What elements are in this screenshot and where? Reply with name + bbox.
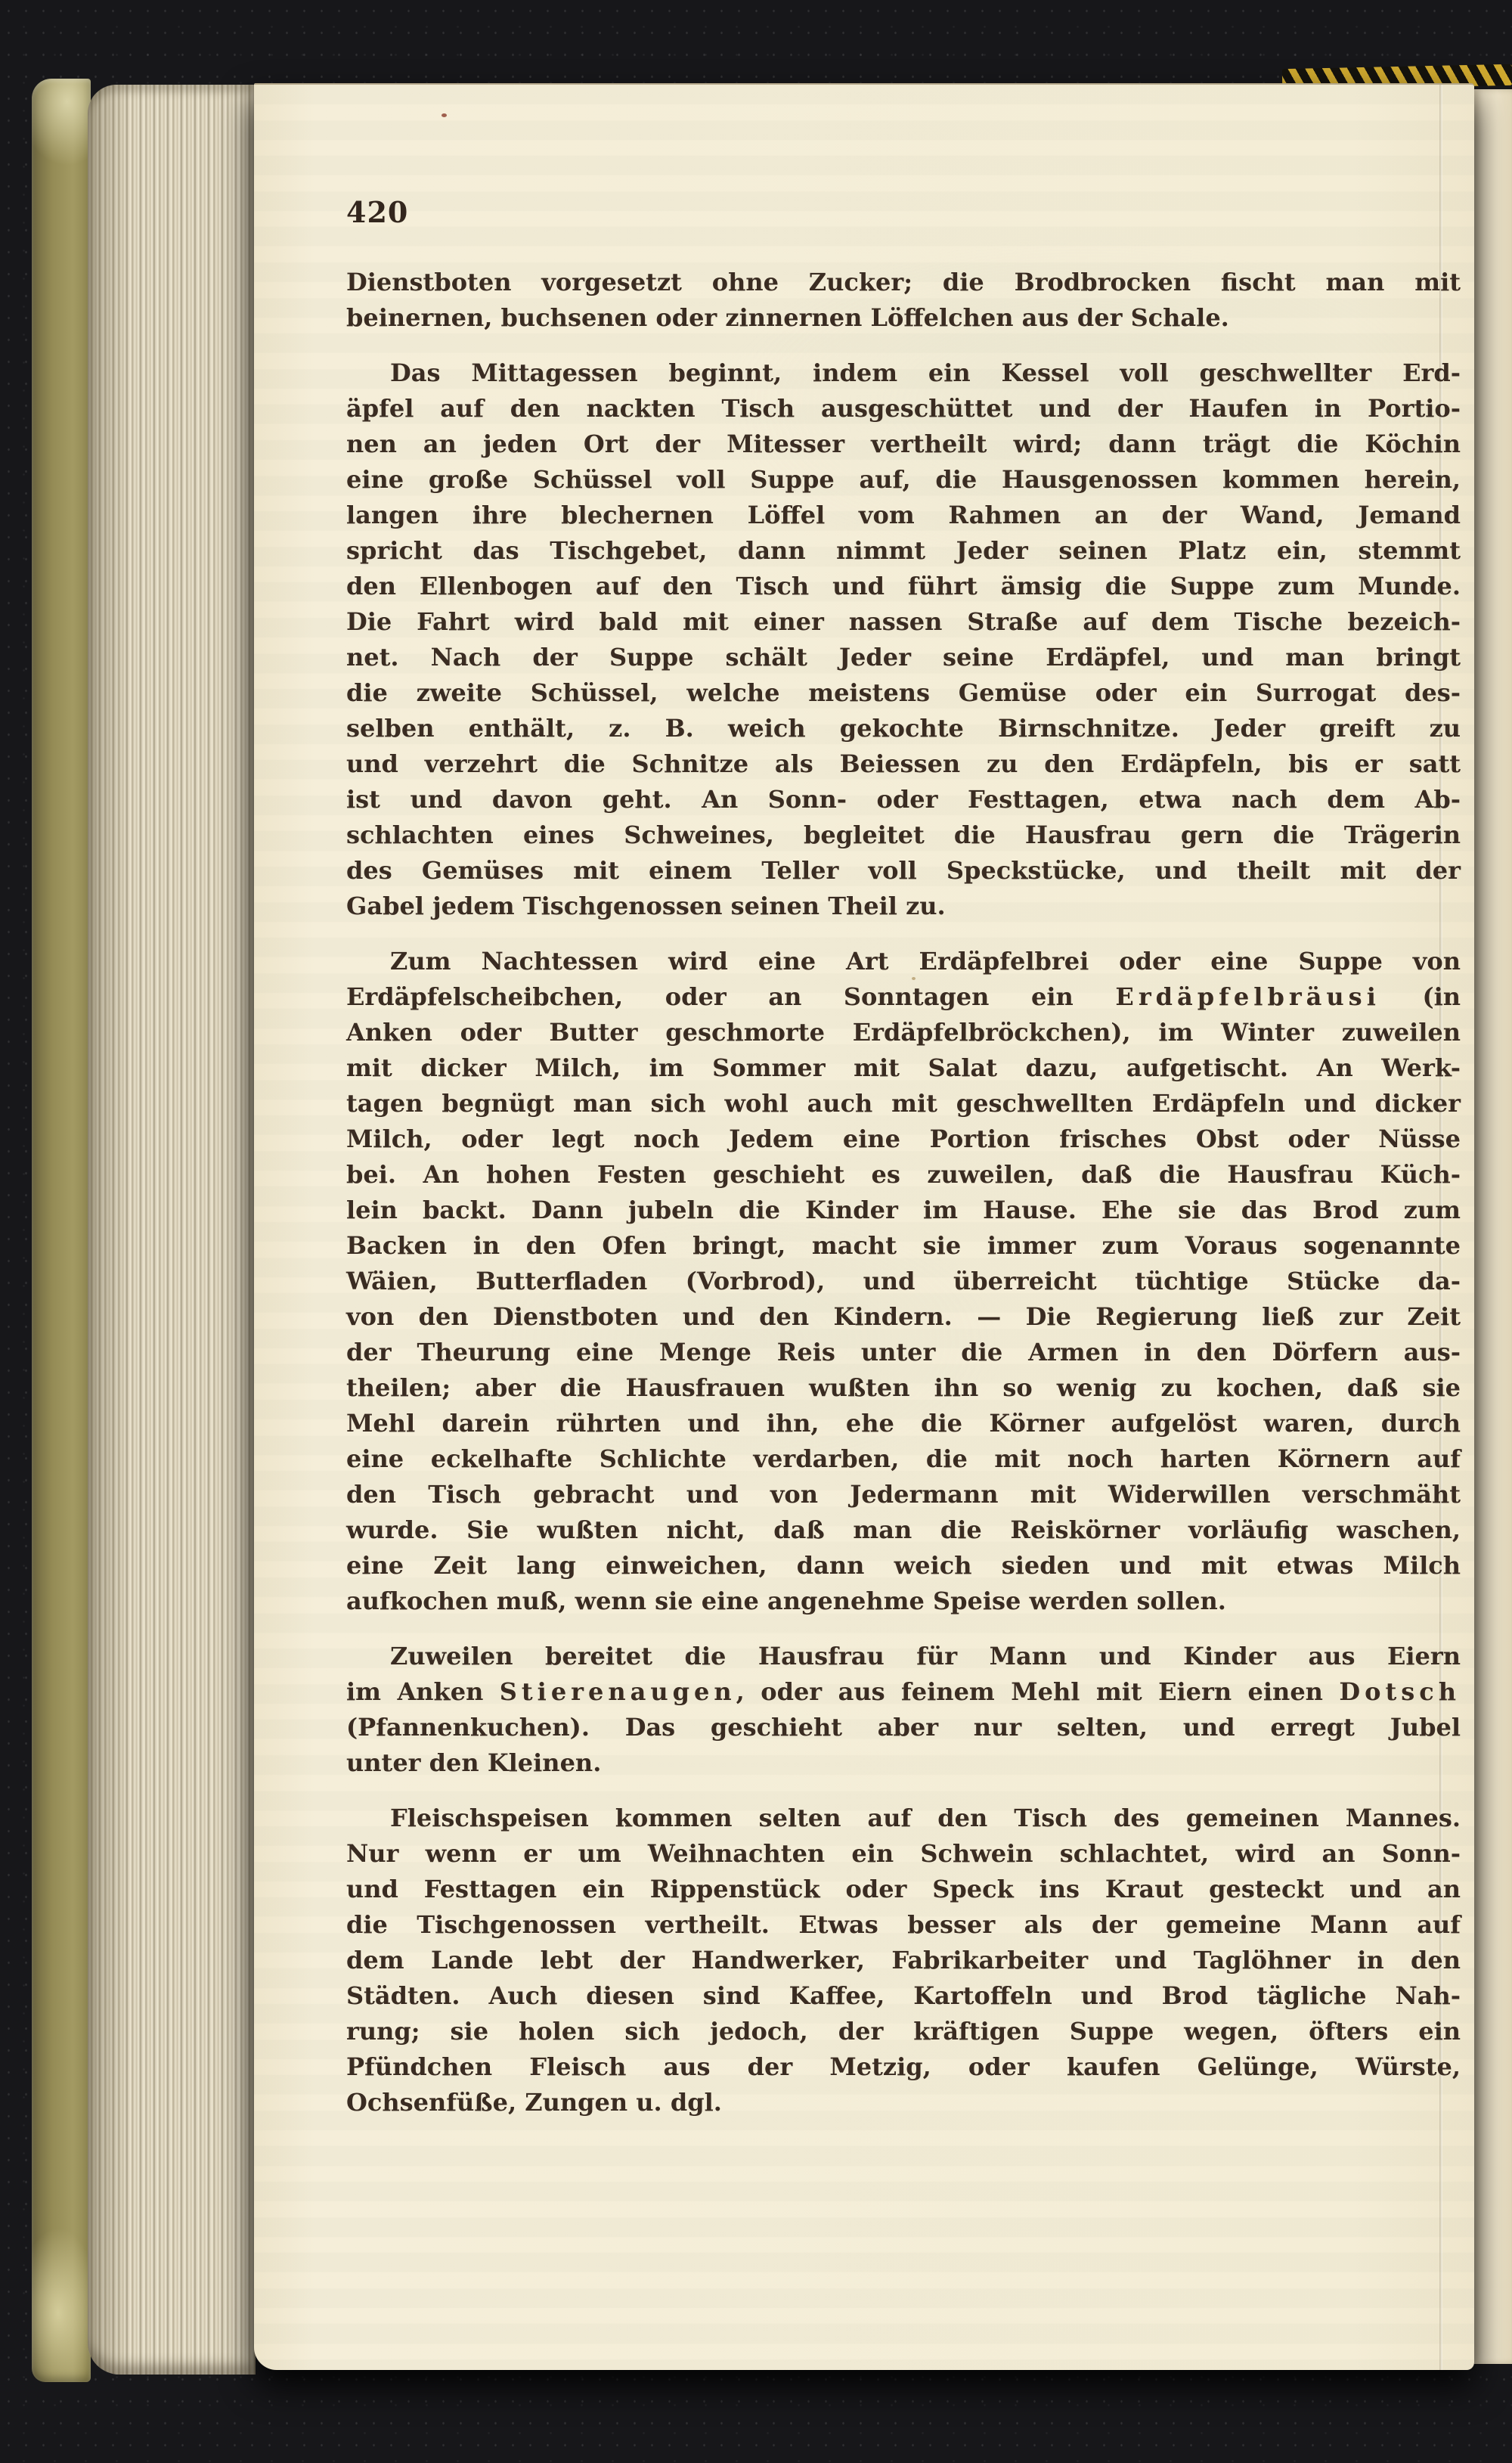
text-line: Dienstboten vorgesetzt ohne Zucker; die … bbox=[346, 265, 1461, 300]
text-line: Gabel jedem Tischgenossen seinen Theil z… bbox=[346, 889, 1461, 924]
text-line: aufkochen muß, wenn sie eine angenehme S… bbox=[346, 1584, 1461, 1619]
text-line: Das Mittagessen beginnt, indem ein Kesse… bbox=[346, 355, 1461, 391]
paper-speck bbox=[912, 977, 916, 980]
text-line: spricht das Tischgebet, dann nimmt Jeder… bbox=[346, 533, 1461, 569]
paper-speck bbox=[1184, 1990, 1188, 1993]
text-line: beinernen, buchsenen oder zinnernen Löff… bbox=[346, 300, 1461, 336]
text-line: Nur wenn er um Weihnachten ein Schwein s… bbox=[346, 1836, 1461, 1872]
text-line: tagen begnügt man sich wohl auch mit ges… bbox=[346, 1086, 1461, 1121]
text-line: von den Dienstboten und den Kindern. — D… bbox=[346, 1299, 1461, 1335]
text-line: schlachten eines Schweines, begleitet di… bbox=[346, 817, 1461, 853]
letterspaced-word: Erdäpfelbräusi bbox=[1115, 982, 1380, 1011]
page-number: 420 bbox=[346, 195, 408, 229]
underlying-page-edge bbox=[1474, 89, 1512, 2364]
text-line: theilen; aber die Hausfrauen wußten ihn … bbox=[346, 1370, 1461, 1406]
page-edge-stack bbox=[88, 85, 256, 2375]
text-line: Milch, oder legt noch Jedem eine Portion… bbox=[346, 1121, 1461, 1157]
paragraph: Zuweilen bereitet die Hausfrau für Mann … bbox=[346, 1639, 1461, 1781]
text-line: bei. An hohen Festen geschieht es zuweil… bbox=[346, 1157, 1461, 1193]
text-line: Städten. Auch diesen sind Kaffee, Kartof… bbox=[346, 1978, 1461, 2014]
text-line: eine große Schüssel voll Suppe auf, die … bbox=[346, 462, 1461, 498]
text-line: eine Zeit lang einweichen, dann weich si… bbox=[346, 1548, 1461, 1584]
book-photo: 420 Dienstboten vorgesetzt ohne Zucker; … bbox=[0, 0, 1512, 2463]
text-line: äpfel auf den nackten Tisch ausgeschütte… bbox=[346, 391, 1461, 427]
text-line: dem Lande lebt der Handwerker, Fabrikarb… bbox=[346, 1943, 1461, 1978]
text-line: die Tischgenossen vertheilt. Etwas besse… bbox=[346, 1907, 1461, 1943]
text-line: unter den Kleinen. bbox=[346, 1745, 1461, 1781]
text-line: langen ihre blechernen Löffel vom Rahmen… bbox=[346, 498, 1461, 533]
text-line: selben enthält, z. B. weich gekochte Bir… bbox=[346, 711, 1461, 746]
text-line: Ochsenfüße, Zungen u. dgl. bbox=[346, 2085, 1461, 2120]
text-line: der Theurung eine Menge Reis unter die A… bbox=[346, 1335, 1461, 1370]
text-line: nen an jeden Ort der Mitesser vertheilt … bbox=[346, 427, 1461, 462]
text-line: Anken oder Butter geschmorte Erdäpfelbrö… bbox=[346, 1015, 1461, 1050]
paper-speck bbox=[442, 113, 447, 117]
text-line: Wäien, Butterfladen (Vorbrod), und überr… bbox=[346, 1264, 1461, 1299]
text-line: Fleischspeisen kommen selten auf den Tis… bbox=[346, 1801, 1461, 1836]
text-line: und Festtagen ein Rippenstück oder Speck… bbox=[346, 1872, 1461, 1907]
paragraph: Dienstboten vorgesetzt ohne Zucker; die … bbox=[346, 265, 1461, 336]
text-line: wurde. Sie wußten nicht, daß man die Rei… bbox=[346, 1512, 1461, 1548]
text-line: Backen in den Ofen bringt, macht sie imm… bbox=[346, 1228, 1461, 1264]
text-line: Die Fahrt wird bald mit einer nassen Str… bbox=[346, 604, 1461, 640]
text-line: den Ellenbogen auf den Tisch und führt ä… bbox=[346, 569, 1461, 604]
text-line: Zum Nachtessen wird eine Art Erdäpfelbre… bbox=[346, 944, 1461, 979]
text-block: Dienstboten vorgesetzt ohne Zucker; die … bbox=[346, 265, 1461, 2120]
text-line: mit dicker Milch, im Sommer mit Salat da… bbox=[346, 1050, 1461, 1086]
text-line: rung; sie holen sich jedoch, der kräftig… bbox=[346, 2014, 1461, 2049]
paragraph: Das Mittagessen beginnt, indem ein Kesse… bbox=[346, 355, 1461, 924]
text-line: Zuweilen bereitet die Hausfrau für Mann … bbox=[346, 1639, 1461, 1674]
text-line: lein backt. Dann jubeln die Kinder im Ha… bbox=[346, 1193, 1461, 1228]
text-line: net. Nach der Suppe schält Jeder seine E… bbox=[346, 640, 1461, 675]
text-line: Pfündchen Fleisch aus der Metzig, oder k… bbox=[346, 2049, 1461, 2085]
paragraph: Fleischspeisen kommen selten auf den Tis… bbox=[346, 1801, 1461, 2120]
letterspaced-word: Stierenaugen bbox=[500, 1677, 736, 1706]
text-line: Mehl darein rührten und ihn, ehe die Kör… bbox=[346, 1406, 1461, 1441]
book-page: 420 Dienstboten vorgesetzt ohne Zucker; … bbox=[254, 83, 1474, 2370]
text-line: (Pfannenkuchen). Das geschieht aber nur … bbox=[346, 1710, 1461, 1745]
text-line: im Anken Stierenaugen, oder aus feinem M… bbox=[346, 1674, 1461, 1710]
text-line: Erdäpfelscheibchen, oder an Sonntagen ei… bbox=[346, 979, 1461, 1015]
text-line: und verzehrt die Schnitze als Beiessen z… bbox=[346, 746, 1461, 782]
text-line: die zweite Schüssel, welche meistens Gem… bbox=[346, 675, 1461, 711]
book-cover-edge bbox=[32, 79, 91, 2382]
letterspaced-word: Dotsch bbox=[1339, 1677, 1461, 1706]
paragraph: Zum Nachtessen wird eine Art Erdäpfelbre… bbox=[346, 944, 1461, 1619]
text-line: ist und davon geht. An Sonn- oder Festta… bbox=[346, 782, 1461, 817]
text-line: des Gemüses mit einem Teller voll Specks… bbox=[346, 853, 1461, 889]
text-line: eine eckelhafte Schlichte verdarben, die… bbox=[346, 1441, 1461, 1477]
text-line: den Tisch gebracht und von Jedermann mit… bbox=[346, 1477, 1461, 1512]
